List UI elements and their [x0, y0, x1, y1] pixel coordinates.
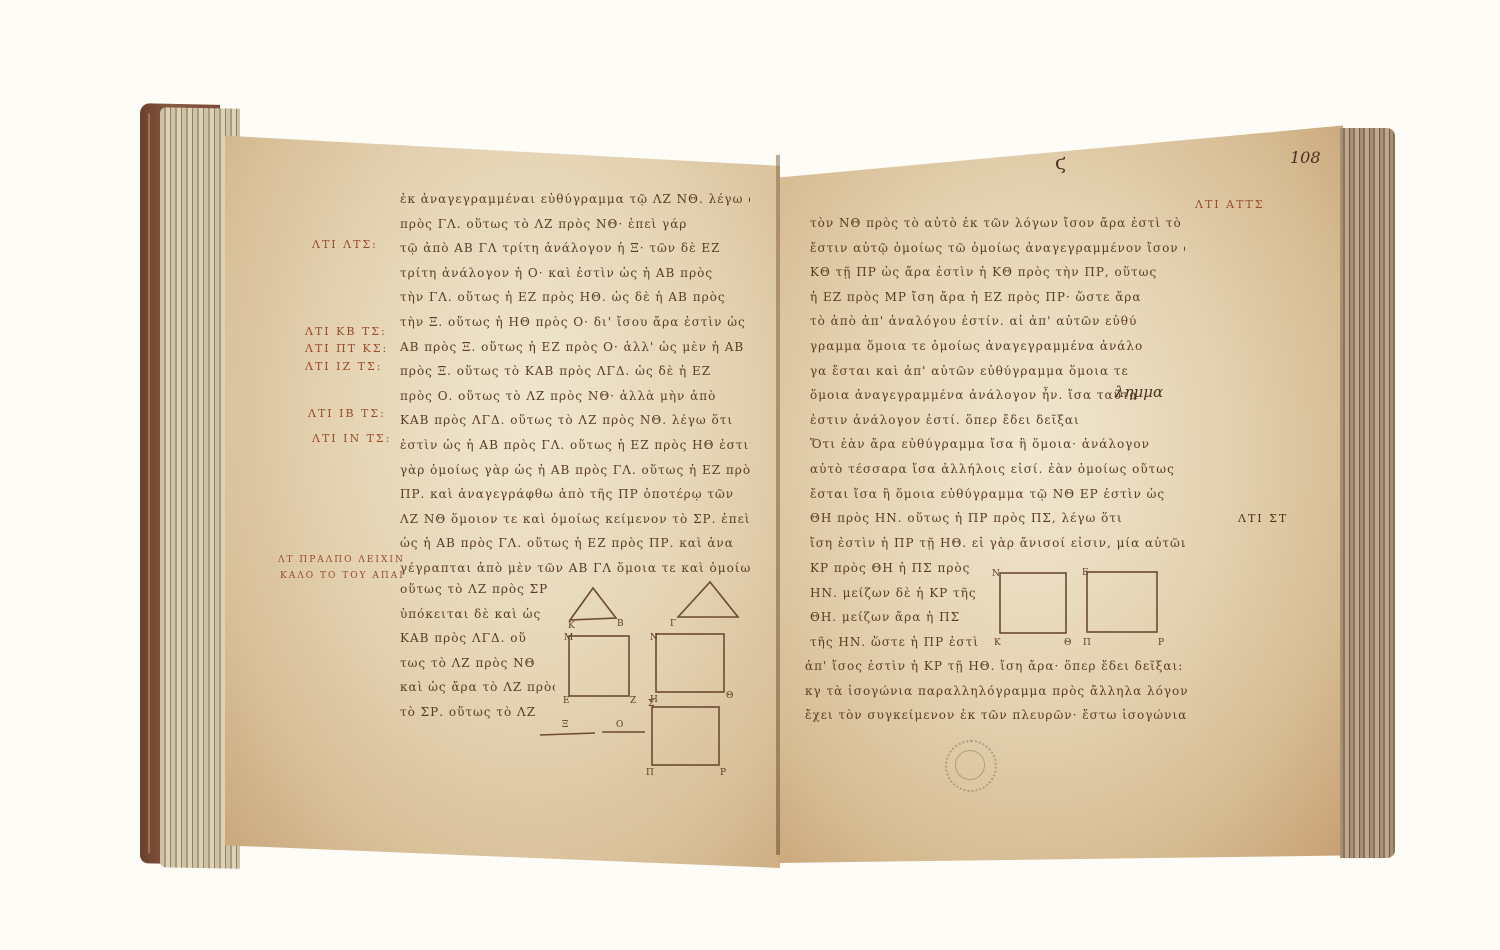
library-stamp	[945, 740, 997, 792]
svg-text:Ε: Ε	[563, 696, 570, 706]
svg-text:Γ: Γ	[670, 619, 676, 629]
square-diagram	[1087, 572, 1157, 632]
svg-text:Θ: Θ	[726, 691, 733, 701]
left-page-text: ἐκ ἀναγεγραμμέναι εὐθύγραμμα τῷ ΛΖ ΝΘ. λ…	[400, 187, 750, 577]
margin-note: ΛΤΙ ΛΤΣ:	[312, 238, 378, 251]
text-line: καὶ ὡς ἄρα τὸ ΛΖ πρὸς	[400, 675, 555, 700]
text-line: γα ἔσται καὶ ἀπ' αὐτῶν εὐθύγραμμα ὅμοια …	[810, 359, 1185, 384]
folio-number: 108	[1290, 148, 1321, 167]
lemma-note: λημμα	[1115, 383, 1163, 401]
text-line: ΘΗ πρὸς ΗΝ. οὕτως ἡ ΠΡ πρὸς ΠΣ, λέγω ὅτι	[810, 506, 1185, 531]
gutter-fold	[776, 155, 780, 855]
text-line: ἐκ ἀναγεγραμμέναι εὐθύγραμμα τῷ ΛΖ ΝΘ. λ…	[400, 187, 750, 212]
triangle-diagram	[570, 588, 616, 620]
right-page-stack-edges	[1340, 128, 1395, 858]
left-page-text-lower: οὕτως τὸ ΛΖ πρὸς ΣΡ ὑπόκειται δὲ καὶ ὡς …	[400, 577, 555, 727]
text-line: τὸ ΣΡ. οὕτως τὸ ΛΖ	[400, 700, 555, 725]
margin-note: ΛΤΙ ΙΒ ΤΣ:	[308, 407, 386, 420]
quire-mark: ϛ	[1055, 150, 1066, 174]
open-manuscript: ϛ 108 ἐκ ἀναγεγραμμέναι εὐθύγραμμα τῷ ΛΖ…	[0, 0, 1500, 950]
text-line: Ὅτι ἐὰν ἄρα εὐθύγραμμα ἴσα ἢ ὅμοια· ἀνάλ…	[810, 432, 1185, 457]
text-line: πρὸς Ο. οὕτως τὸ ΛΖ πρὸς ΝΘ· ἀλλὰ μὴν ἀπ…	[400, 384, 750, 409]
text-line: ἴση ἐστὶν ἡ ΠΡ τῇ ΗΘ. εἰ γὰρ ἄνισοί εἰσι…	[810, 531, 1185, 556]
text-line: ΛΖ ΝΘ ὅμοιον τε καὶ ὁμοίως κείμενον τὸ Σ…	[400, 507, 750, 532]
text-line: ὑπόκειται δὲ καὶ ὡς	[400, 602, 555, 627]
text-line: γὰρ ὁμοίως γὰρ ὡς ἡ ΑΒ πρὸς ΓΛ. οὕτως ἡ …	[400, 458, 750, 483]
svg-text:Ο: Ο	[616, 720, 623, 730]
svg-text:Ρ: Ρ	[1158, 638, 1164, 648]
svg-text:Ζ: Ζ	[630, 696, 636, 706]
svg-text:Ν: Ν	[992, 569, 1000, 579]
right-page-text-lower: ΚΡ πρὸς ΘΗ ἡ ΠΣ πρὸς ΗΝ. μείζων δὲ ἡ ΚΡ …	[810, 556, 990, 656]
text-line: κγ τὰ ἰσογώνια παραλληλόγραμμα πρὸς ἄλλη…	[805, 679, 1210, 704]
square-diagram	[652, 707, 719, 765]
text-line: τρίτη ἀνάλογον ἡ Ο· καὶ ἐστὶν ὡς ἡ ΑΒ πρ…	[400, 261, 750, 286]
text-line: τῆς ΗΝ. ὥστε ἡ ΠΡ ἐστὶ	[810, 630, 990, 655]
text-line: ἔσται ἴσα ἢ ὅμοια εὐθύγραμμα τῷ ΝΘ ΕΡ ἐσ…	[810, 482, 1185, 507]
right-geometric-diagrams: ΝΚΘ ΕΠΡ	[990, 565, 1210, 645]
svg-text:Ν: Ν	[650, 633, 658, 643]
text-line: αὐτὸ τέσσαρα ἴσα ἀλλήλοις εἰσί. ἐὰν ὁμοί…	[810, 457, 1185, 482]
text-line: ΘΗ. μείζων ἄρα ἡ ΠΣ	[810, 605, 990, 630]
text-line: τῷ ἀπὸ ΑΒ ΓΛ τρίτη ἀνάλογον ἡ Ξ· τῶν δὲ …	[400, 236, 750, 261]
text-line: ἐστιν ἀνάλογον ἐστί. ὅπερ ἔδει δεῖξαι	[810, 408, 1185, 433]
left-geometric-diagrams: ΚΒΓ ΜΕΖ ΝΗΘ ΞΟ ΣΠΡ	[560, 570, 760, 770]
square-diagram	[656, 634, 724, 692]
text-line: ὡς ἡ ΑΒ πρὸς ΓΛ. οὕτως ἡ ΕΖ πρὸς ΠΡ. καὶ…	[400, 531, 750, 556]
margin-note: ΛΤΙ ΠΤ ΚΣ:	[305, 342, 388, 355]
svg-text:Β: Β	[617, 619, 624, 629]
text-line: ΚΡ πρὸς ΘΗ ἡ ΠΣ πρὸς	[810, 556, 990, 581]
text-line: ΗΝ. μείζων δὲ ἡ ΚΡ τῆς	[810, 581, 990, 606]
svg-text:Π: Π	[1083, 638, 1091, 648]
svg-text:Ε: Ε	[1082, 568, 1089, 578]
text-line: ἐστὶν ὡς ἡ ΑΒ πρὸς ΓΛ. οὕτως ἡ ΕΖ πρὸς Η…	[400, 433, 750, 458]
text-line: τὸ ἀπὸ ἀπ' ἀναλόγου ἐστίν. αἱ ἀπ' αὐτῶν …	[810, 309, 1185, 334]
margin-note: ΛΤΙ ΚΒ ΤΣ:	[305, 325, 387, 338]
right-page-text-bottom: ἀπ' ἴσος ἐστὶν ἡ ΚΡ τῇ ΗΘ. ἴση ἄρα· ὅπερ…	[805, 654, 1210, 754]
triangle-diagram	[678, 582, 738, 617]
square-diagram	[569, 636, 629, 696]
svg-text:Σ: Σ	[648, 699, 654, 709]
text-line: τὴν ΓΛ. οὕτως ἡ ΕΖ πρὸς ΗΘ. ὡς δὲ ἡ ΑΒ π…	[400, 285, 750, 310]
svg-text:Θ: Θ	[1064, 638, 1071, 648]
text-line: πρὸς Ξ. οὕτως τὸ ΚΑΒ πρὸς ΛΓΔ. ὡς δὲ ἡ Ε…	[400, 359, 750, 384]
svg-text:Μ: Μ	[564, 633, 573, 643]
text-line: τὴν Ξ. οὕτως ἡ ΗΘ πρὸς Ο· δι' ἴσου ἄρα ἐ…	[400, 310, 750, 335]
text-line: ΑΒ πρὸς Ξ. οὕτως ἡ ΕΖ πρὸς Ο· ἀλλ' ὡς μὲ…	[400, 335, 750, 360]
text-line: ΚΑΒ πρὸς ΛΓΔ. οὕτως τὸ ΛΖ πρὸς ΝΘ. λέγω …	[400, 408, 750, 433]
margin-note: ΛΤΙ ΙΖ ΤΣ:	[305, 360, 382, 373]
text-line: ΚΘ τῇ ΠΡ ὡς ἄρα ἐστὶν ἡ ΚΘ πρὸς τὴν ΠΡ, …	[810, 260, 1185, 285]
svg-text:Κ: Κ	[568, 621, 575, 631]
gilt-border-line	[148, 113, 150, 853]
margin-note: ΛΤ ΠΡΑΛΠΟ ΛΕΙΧΙΝ	[278, 555, 405, 565]
text-line: ἔστιν αὐτῷ ὁμοίως τῶ ὁμοίως ἀναγεγραμμέν…	[810, 236, 1185, 261]
text-line: ΚΑΒ πρὸς ΛΓΔ. οὕ	[400, 626, 555, 651]
square-diagram	[1000, 573, 1066, 633]
text-line: ἔχει τὸν συγκείμενον ἐκ τῶν πλευρῶν· ἔστ…	[805, 703, 1210, 728]
text-line: οὕτως τὸ ΛΖ πρὸς ΣΡ	[400, 577, 555, 602]
margin-note: ΛΤΙ ΣΤ	[1238, 512, 1288, 525]
svg-text:Π: Π	[646, 768, 654, 778]
svg-text:Ρ: Ρ	[720, 768, 726, 778]
svg-text:Ξ: Ξ	[562, 720, 568, 730]
text-line: ΠΡ. καὶ ἀναγεγράφθω ἀπὸ τῆς ΠΡ ὁποτέρῳ τ…	[400, 482, 750, 507]
svg-text:Κ: Κ	[994, 638, 1001, 648]
text-line: τως τὸ ΛΖ πρὸς ΝΘ	[400, 651, 555, 676]
text-line: γραμμα ὅμοια τε ὁμοίως ἀναγεγραμμένα ἀνά…	[810, 334, 1185, 359]
text-line: ἡ ΕΖ πρὸς ΜΡ ἴση ἄρα ἡ ΕΖ πρὸς ΠΡ· ὥστε …	[810, 285, 1185, 310]
text-line: ἀπ' ἴσος ἐστὶν ἡ ΚΡ τῇ ΗΘ. ἴση ἄρα· ὅπερ…	[805, 654, 1210, 679]
text-line: πρὸς ΓΛ. οὕτως τὸ ΛΖ πρὸς ΝΘ· ἐπεὶ γάρ	[400, 212, 750, 237]
text-line: τὸν ΝΘ πρὸς τὸ αὐτὸ ἐκ τῶν λόγων ἴσον ἄρ…	[810, 211, 1185, 236]
margin-note: ΚΑΛΟ ΤΟ ΤΟΥ ΑΠΑΙ	[280, 571, 405, 581]
margin-note: ΛΤΙ ΙΝ ΤΣ:	[312, 432, 391, 445]
margin-note: ΛΤΙ ΑΤΤΣ	[1195, 198, 1265, 211]
